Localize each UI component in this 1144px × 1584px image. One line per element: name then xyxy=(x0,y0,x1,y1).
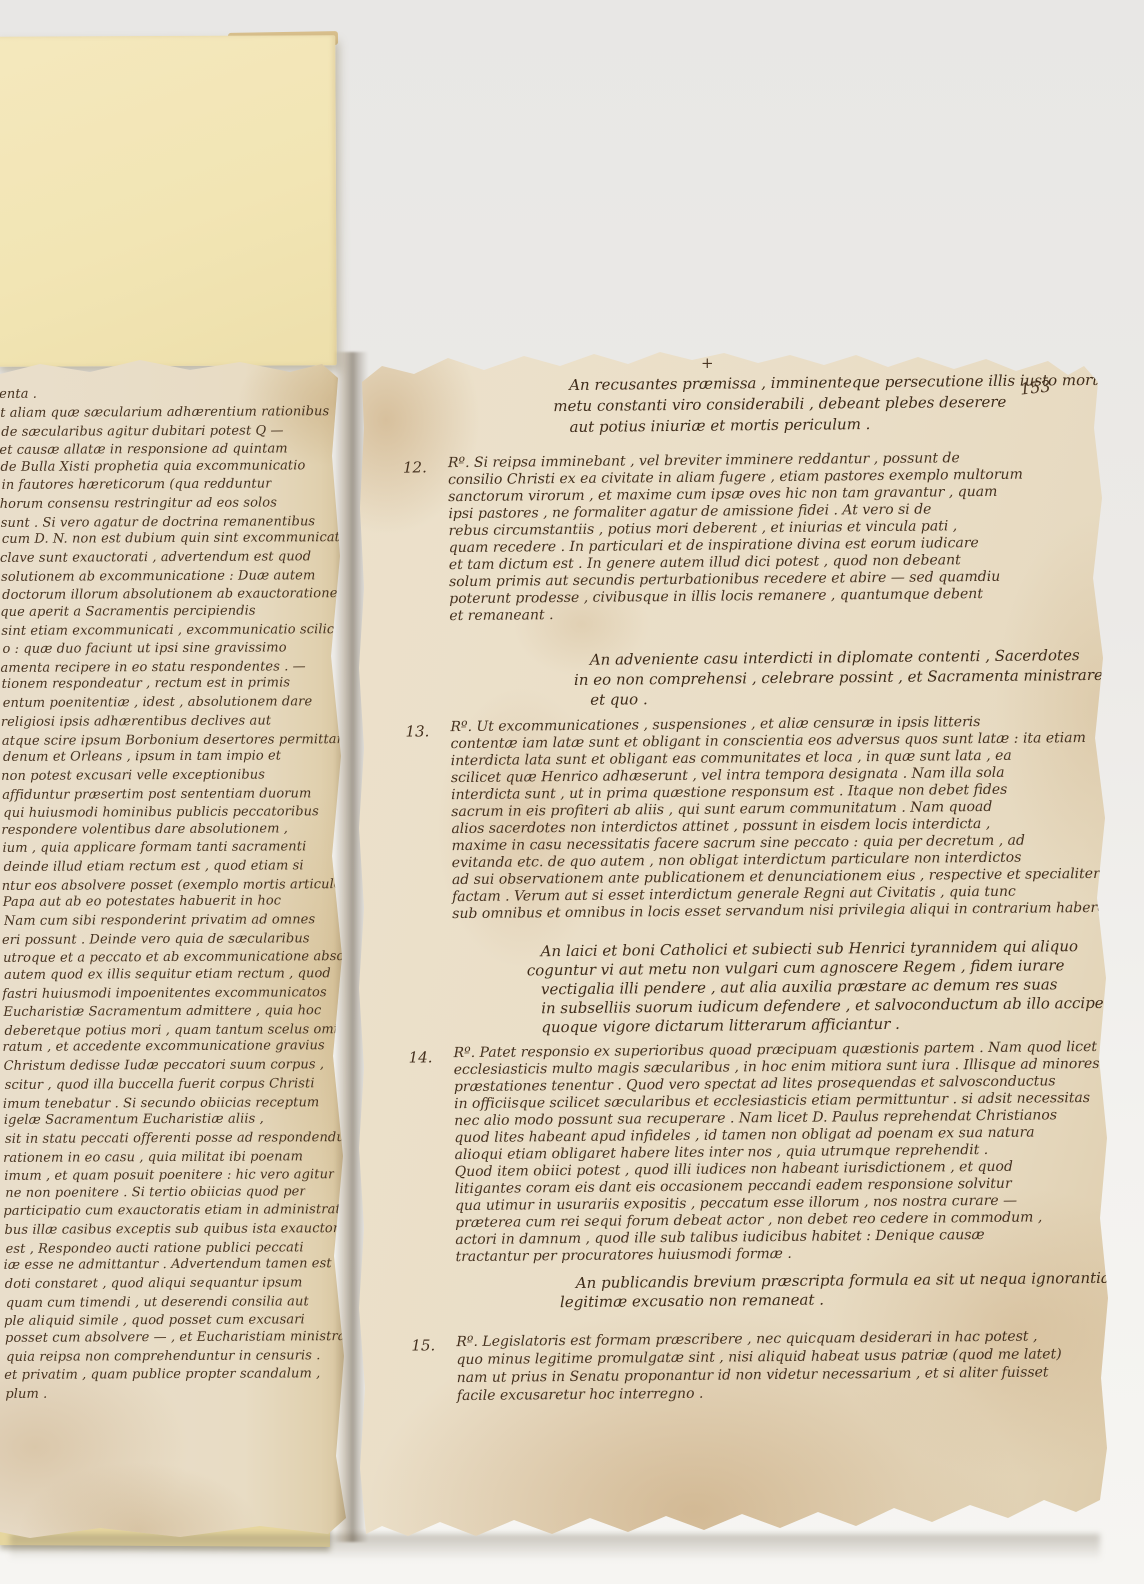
manuscript-line: et causæ allatæ in responsione ad quinta… xyxy=(0,442,288,459)
manuscript-line: horum consensu restringitur ad eos solos xyxy=(0,496,277,512)
manuscript-left-page: enta .t aliam quæ sæcularium adhærentium… xyxy=(0,356,348,1542)
manuscript-line: quia reipsa non comprehenduntur in censu… xyxy=(6,1348,320,1365)
manuscript-line: ne non poenitere . Si tertio obiicias qu… xyxy=(5,1184,306,1201)
manuscript-line: que aperit a Sacramentis percipiendis xyxy=(0,603,256,619)
manuscript-line: religiosi ipsis adhærentibus declives au… xyxy=(1,713,271,729)
answer-block: 13.Rº. Ut excommunicationes , suspension… xyxy=(450,713,1102,923)
manuscript-line: clave sunt exauctorati , advertendum est… xyxy=(0,549,311,566)
manuscript-line: ratum , et accedente excommunicatione gr… xyxy=(2,1039,324,1056)
manuscript-line: scitur , quod illa buccella fuerit corpu… xyxy=(5,1076,315,1093)
manuscript-right-page: + 153 An recusantes præmissa , imminente… xyxy=(356,348,1108,1548)
manuscript-line: deinde illud etiam rectum est , quod eti… xyxy=(4,858,304,875)
manuscript-line: quoque vigore dictarum litterarum affici… xyxy=(541,1013,1103,1037)
manuscript-line: non potest excusari velle exceptionibus xyxy=(1,767,265,783)
manuscript-line: amenta recipere in eo statu respondentes… xyxy=(0,659,305,676)
manuscript-line: entum poenitentiæ , idest , absolutionem… xyxy=(3,694,313,711)
question-heading: An recusantes præmissa , imminenteque pe… xyxy=(447,370,1098,439)
manuscript-line: Papa aut ab eo potestates habuerit in ho… xyxy=(3,894,281,910)
page-drop-shadow xyxy=(10,1534,1100,1560)
left-page-text: enta .t aliam quæ sæcularium adhærentium… xyxy=(0,355,351,1543)
manuscript-line: cum D. N. non est dubium quin sint excom… xyxy=(2,530,348,547)
manuscript-line: sit in statu peccati offerenti posse ad … xyxy=(5,1130,351,1147)
question-heading: An publicandis brevium præscripta formul… xyxy=(456,1269,1106,1313)
manuscript-line: legitimæ excusatio non remaneat . xyxy=(560,1288,1106,1312)
manuscript-line: autem quod ex illis sequitur etiam rectu… xyxy=(4,966,331,983)
blank-yellow-sheet xyxy=(0,35,337,366)
manuscript-line: atque scire ipsum Borbonium desertores p… xyxy=(2,732,348,749)
answer-block: 14.Rº. Patet responsio ex superioribus q… xyxy=(453,1039,1105,1266)
manuscript-line: plum . xyxy=(5,1387,47,1402)
question-heading: An laici et boni Catholici et subiecti s… xyxy=(453,937,1104,1038)
question-heading: An adveniente casu interdicti in diploma… xyxy=(450,645,1101,711)
answer-block: 12.Rº. Si reipsa imminebant , vel brevit… xyxy=(448,449,1100,625)
manuscript-line: respondere volentibus dare absolutionem … xyxy=(1,821,288,838)
manuscript-line: imum tenebatur . Si secundo obiicias rec… xyxy=(3,1095,320,1112)
manuscript-line: de sæcularibus agitur dubitari potest Q … xyxy=(1,423,283,439)
manuscript-line: iæ esse ne admittantur . Advertendum tam… xyxy=(4,1256,341,1273)
manuscript-line: posset cum absolvere — , et Eucharistiam… xyxy=(5,1329,351,1346)
manuscript-line: de Bulla Xisti prophetia quia excommunic… xyxy=(0,458,305,475)
manuscript-line: denum et Orleans , ipsum in tam impio et xyxy=(3,748,281,764)
manuscript-line: imum , et quam posuit poenitere : hic ve… xyxy=(4,1167,334,1184)
margin-number: 14. xyxy=(409,1048,433,1066)
manuscript-line: qui huiusmodi hominibus publicis peccato… xyxy=(3,804,319,821)
manuscript-line: enta . xyxy=(0,387,37,402)
manuscript-line: Nam cum sibi responderint privatim ad om… xyxy=(4,912,315,929)
margin-number: 13. xyxy=(405,722,429,740)
manuscript-line: ple aliquid simile , quod posset cum exc… xyxy=(4,1313,305,1330)
manuscript-line: affiduntur præsertim post sententiam duo… xyxy=(2,786,311,803)
manuscript-line: quam cum timendi , ut deserendi consilia… xyxy=(6,1294,309,1311)
right-page-text: An recusantes præmissa , imminenteque pe… xyxy=(447,370,1107,1405)
manuscript-line: ntur eos absolvere posset (exemplo morti… xyxy=(2,877,347,894)
manuscript-line: t aliam quæ sæcularium adhærentium ratio… xyxy=(0,404,329,421)
manuscript-line: aut potius iniuriæ et mortis periculum . xyxy=(569,412,1097,438)
manuscript-line: fastri huiusmodi impoenitentes excommuni… xyxy=(2,985,327,1002)
manuscript-line: eri possunt . Deinde vero quia de sæcula… xyxy=(2,931,310,948)
manuscript-line: participatio cum exauctoratis etiam in a… xyxy=(3,1202,349,1219)
manuscript-line: igelæ Sacramentum Eucharistiæ aliis , xyxy=(4,1112,264,1128)
manuscript-line: tionem respondeatur , rectum est in prim… xyxy=(2,676,291,693)
manuscript-line: Christum dedisse Iudæ peccatori suum cor… xyxy=(4,1057,325,1074)
margin-number: 15. xyxy=(411,1336,435,1354)
manuscript-photo: enta .t aliam quæ sæcularium adhærentium… xyxy=(0,0,1144,1584)
manuscript-line: et privatim , quam publice propter scand… xyxy=(4,1367,320,1384)
manuscript-line: ium , quia applicare formam tanti sacram… xyxy=(2,840,306,857)
manuscript-line: bus illæ casibus exceptis sub quibus ist… xyxy=(4,1221,350,1238)
manuscript-line: sint etiam excommunicati , excommunicati… xyxy=(1,622,347,639)
manuscript-line: in fautores hæreticorum (qua redduntur xyxy=(2,477,272,493)
cross-mark: + xyxy=(701,354,714,372)
manuscript-line: rationem in eo casu , quia militat ibi p… xyxy=(3,1149,303,1166)
manuscript-line: Eucharistiæ Sacramentum admittere , quia… xyxy=(3,1004,321,1021)
manuscript-line: solutionem ab excommunicatione : Duæ aut… xyxy=(1,568,315,585)
manuscript-line: o : quæ duo faciunt ut ipsi sine graviss… xyxy=(2,641,286,657)
answer-block: 15.Rº. Legislatoris est formam præscribe… xyxy=(456,1327,1107,1405)
margin-number: 12. xyxy=(403,458,427,476)
manuscript-line: doctorum illorum absolutionem ab exaucto… xyxy=(2,587,348,604)
manuscript-line: est , Respondeo aucti ratione publici pe… xyxy=(6,1240,304,1257)
manuscript-line: deberetque potius mori , quam tantum sce… xyxy=(4,1022,350,1039)
manuscript-line: doti constaret , quod aliqui sequantur i… xyxy=(5,1275,303,1292)
manuscript-line: utroque et a peccato et ab excommunicati… xyxy=(3,950,349,967)
manuscript-line: sunt . Si vero agatur de doctrina remane… xyxy=(1,514,315,531)
